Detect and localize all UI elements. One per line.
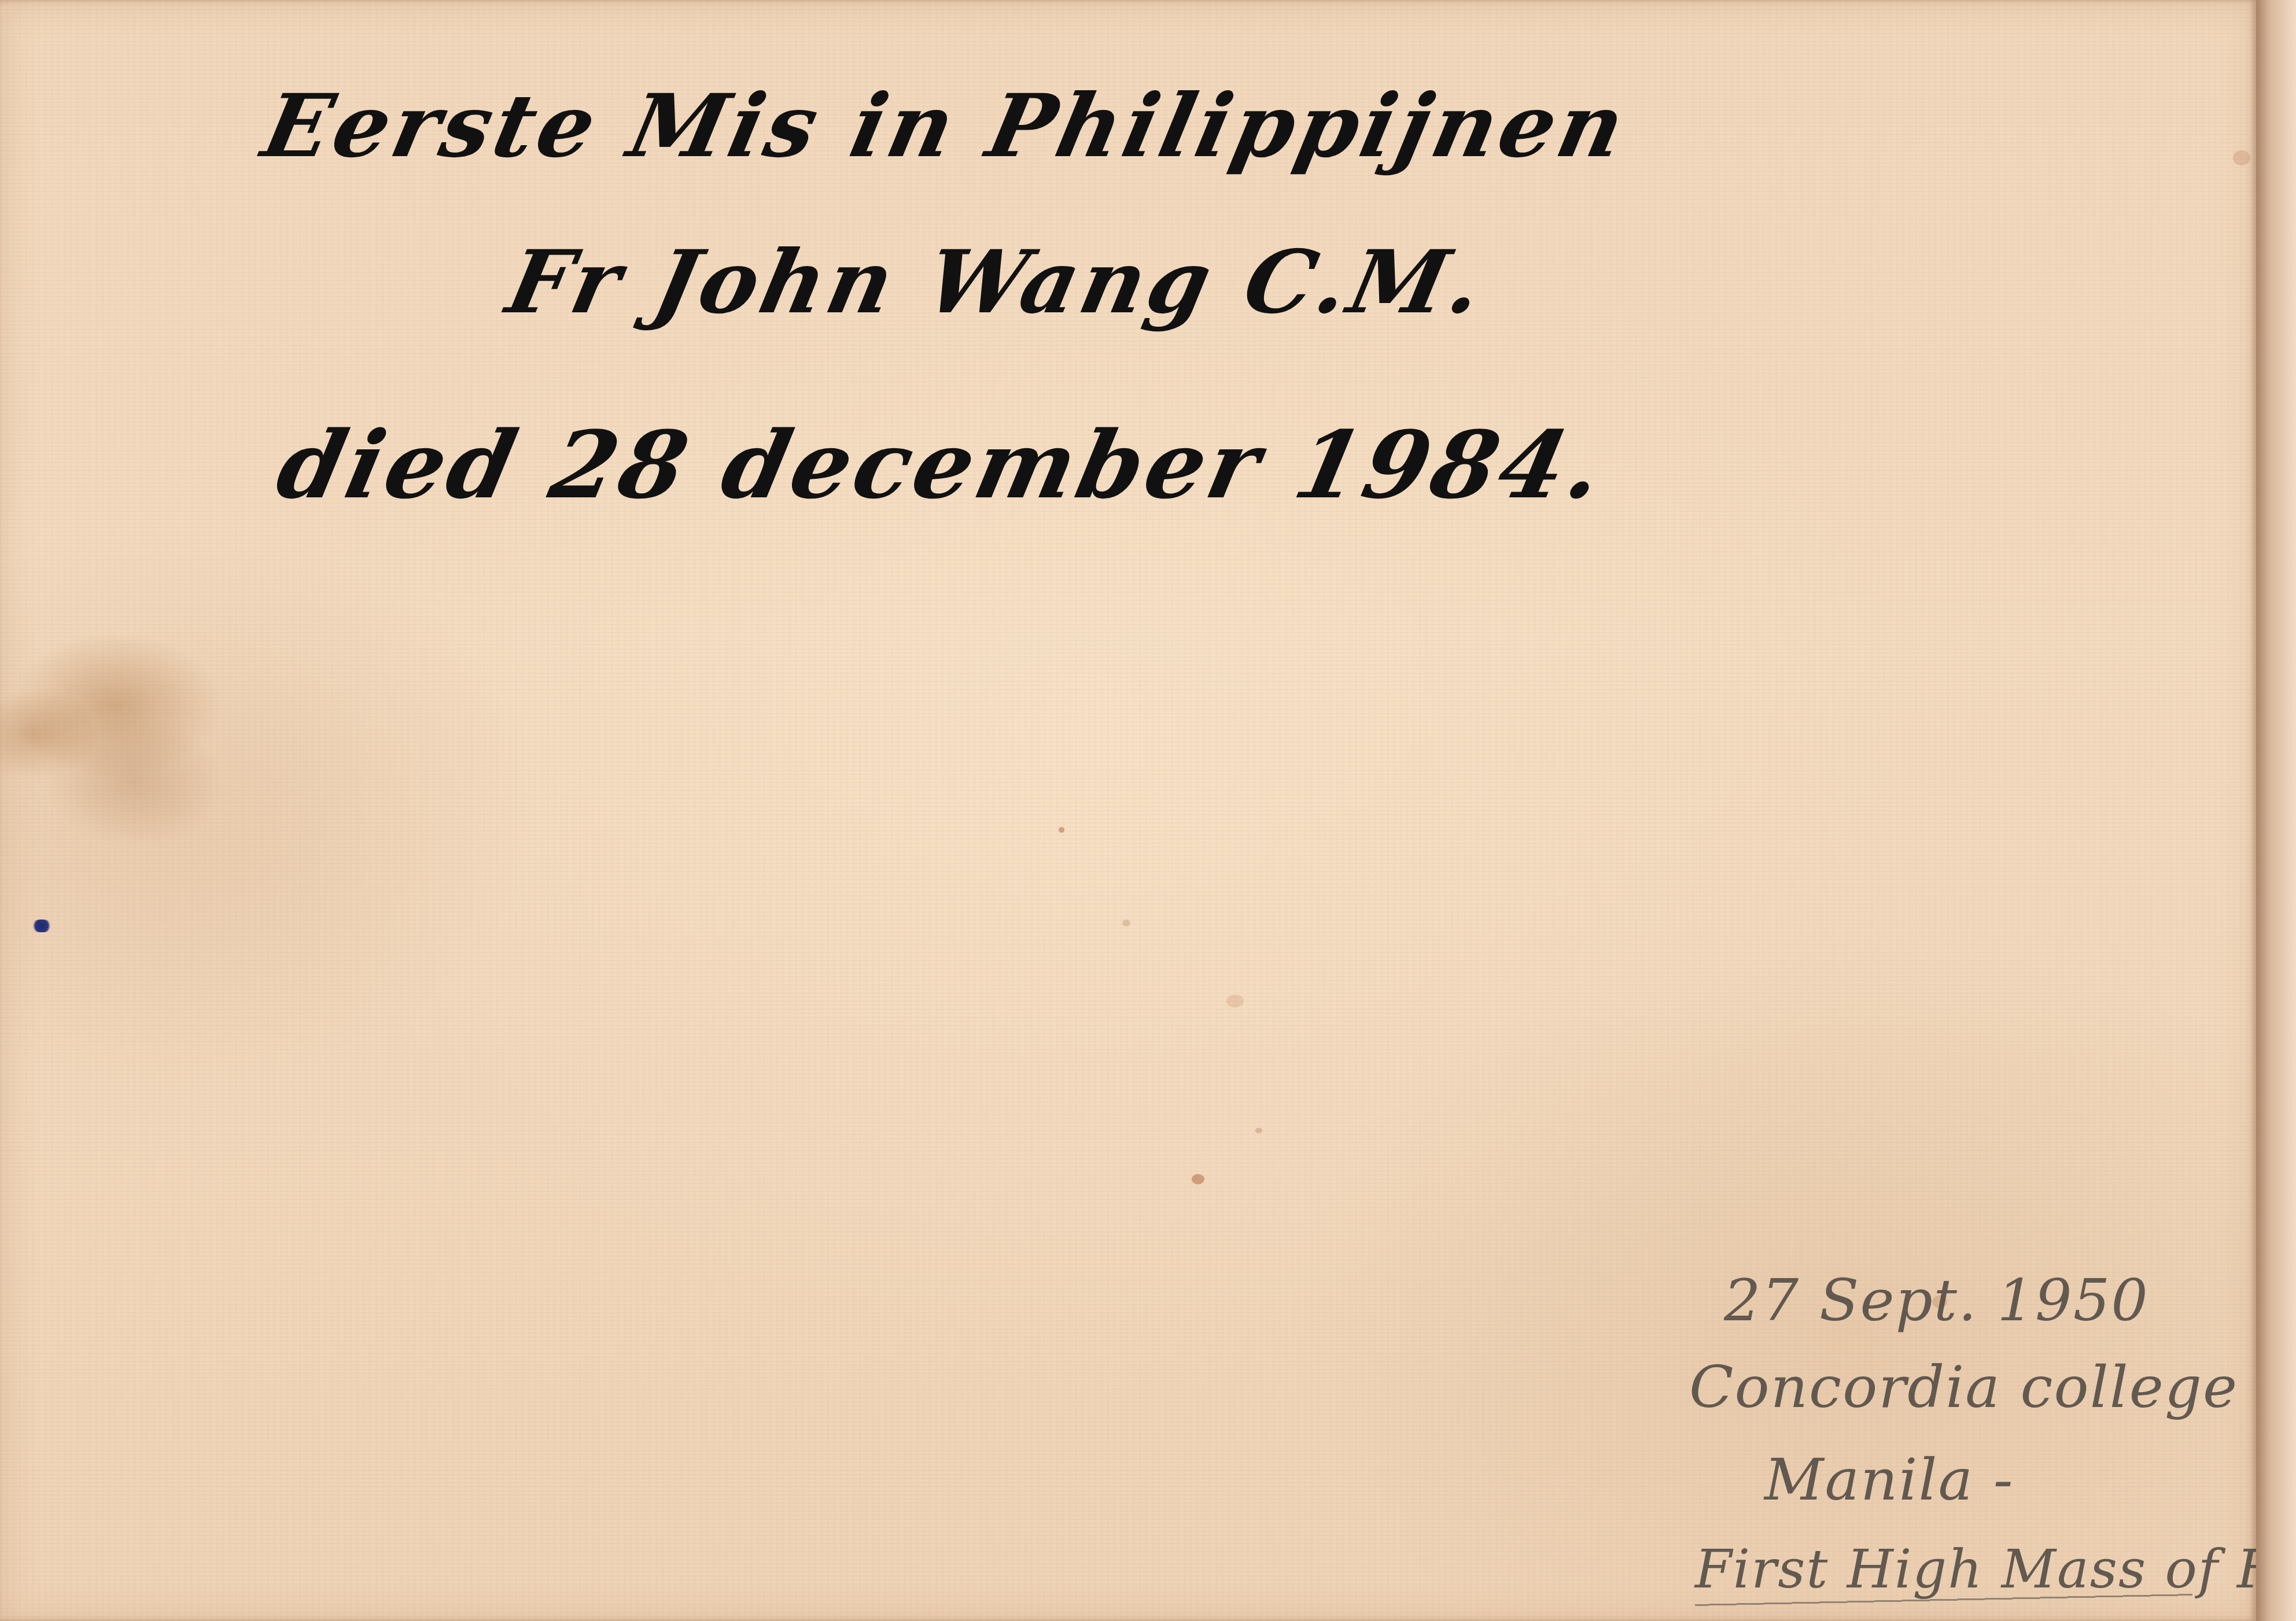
inscription-line-death-date: died 28 december 1984.: [268, 411, 1616, 519]
foxing-stain: [1255, 1128, 1262, 1133]
photo-back-card: Eerste Mis in Philippijnen Fr John Wang …: [0, 0, 2256, 1621]
foxing-stain: [2233, 150, 2250, 165]
note-line-city: Manila -: [1764, 1446, 2014, 1513]
inscription-line-title: Eerste Mis in Philippijnen: [255, 75, 1637, 177]
foxing-stain: [1122, 920, 1130, 926]
note-line-place: Concordia college: [1689, 1353, 2238, 1421]
card-edge: [2256, 0, 2296, 1621]
foxing-stain: [1226, 995, 1244, 1007]
inscription-line-name: Fr John Wang C.M.: [499, 231, 1495, 333]
note-line-date: 27 Sept. 1950: [1724, 1266, 2149, 1334]
blue-ink-mark: [32, 920, 51, 932]
note-line-event: First High Mass of Fr Wang: [1695, 1538, 2296, 1600]
foxing-stain: [1059, 827, 1064, 833]
foxing-stain: [1192, 1174, 1204, 1184]
